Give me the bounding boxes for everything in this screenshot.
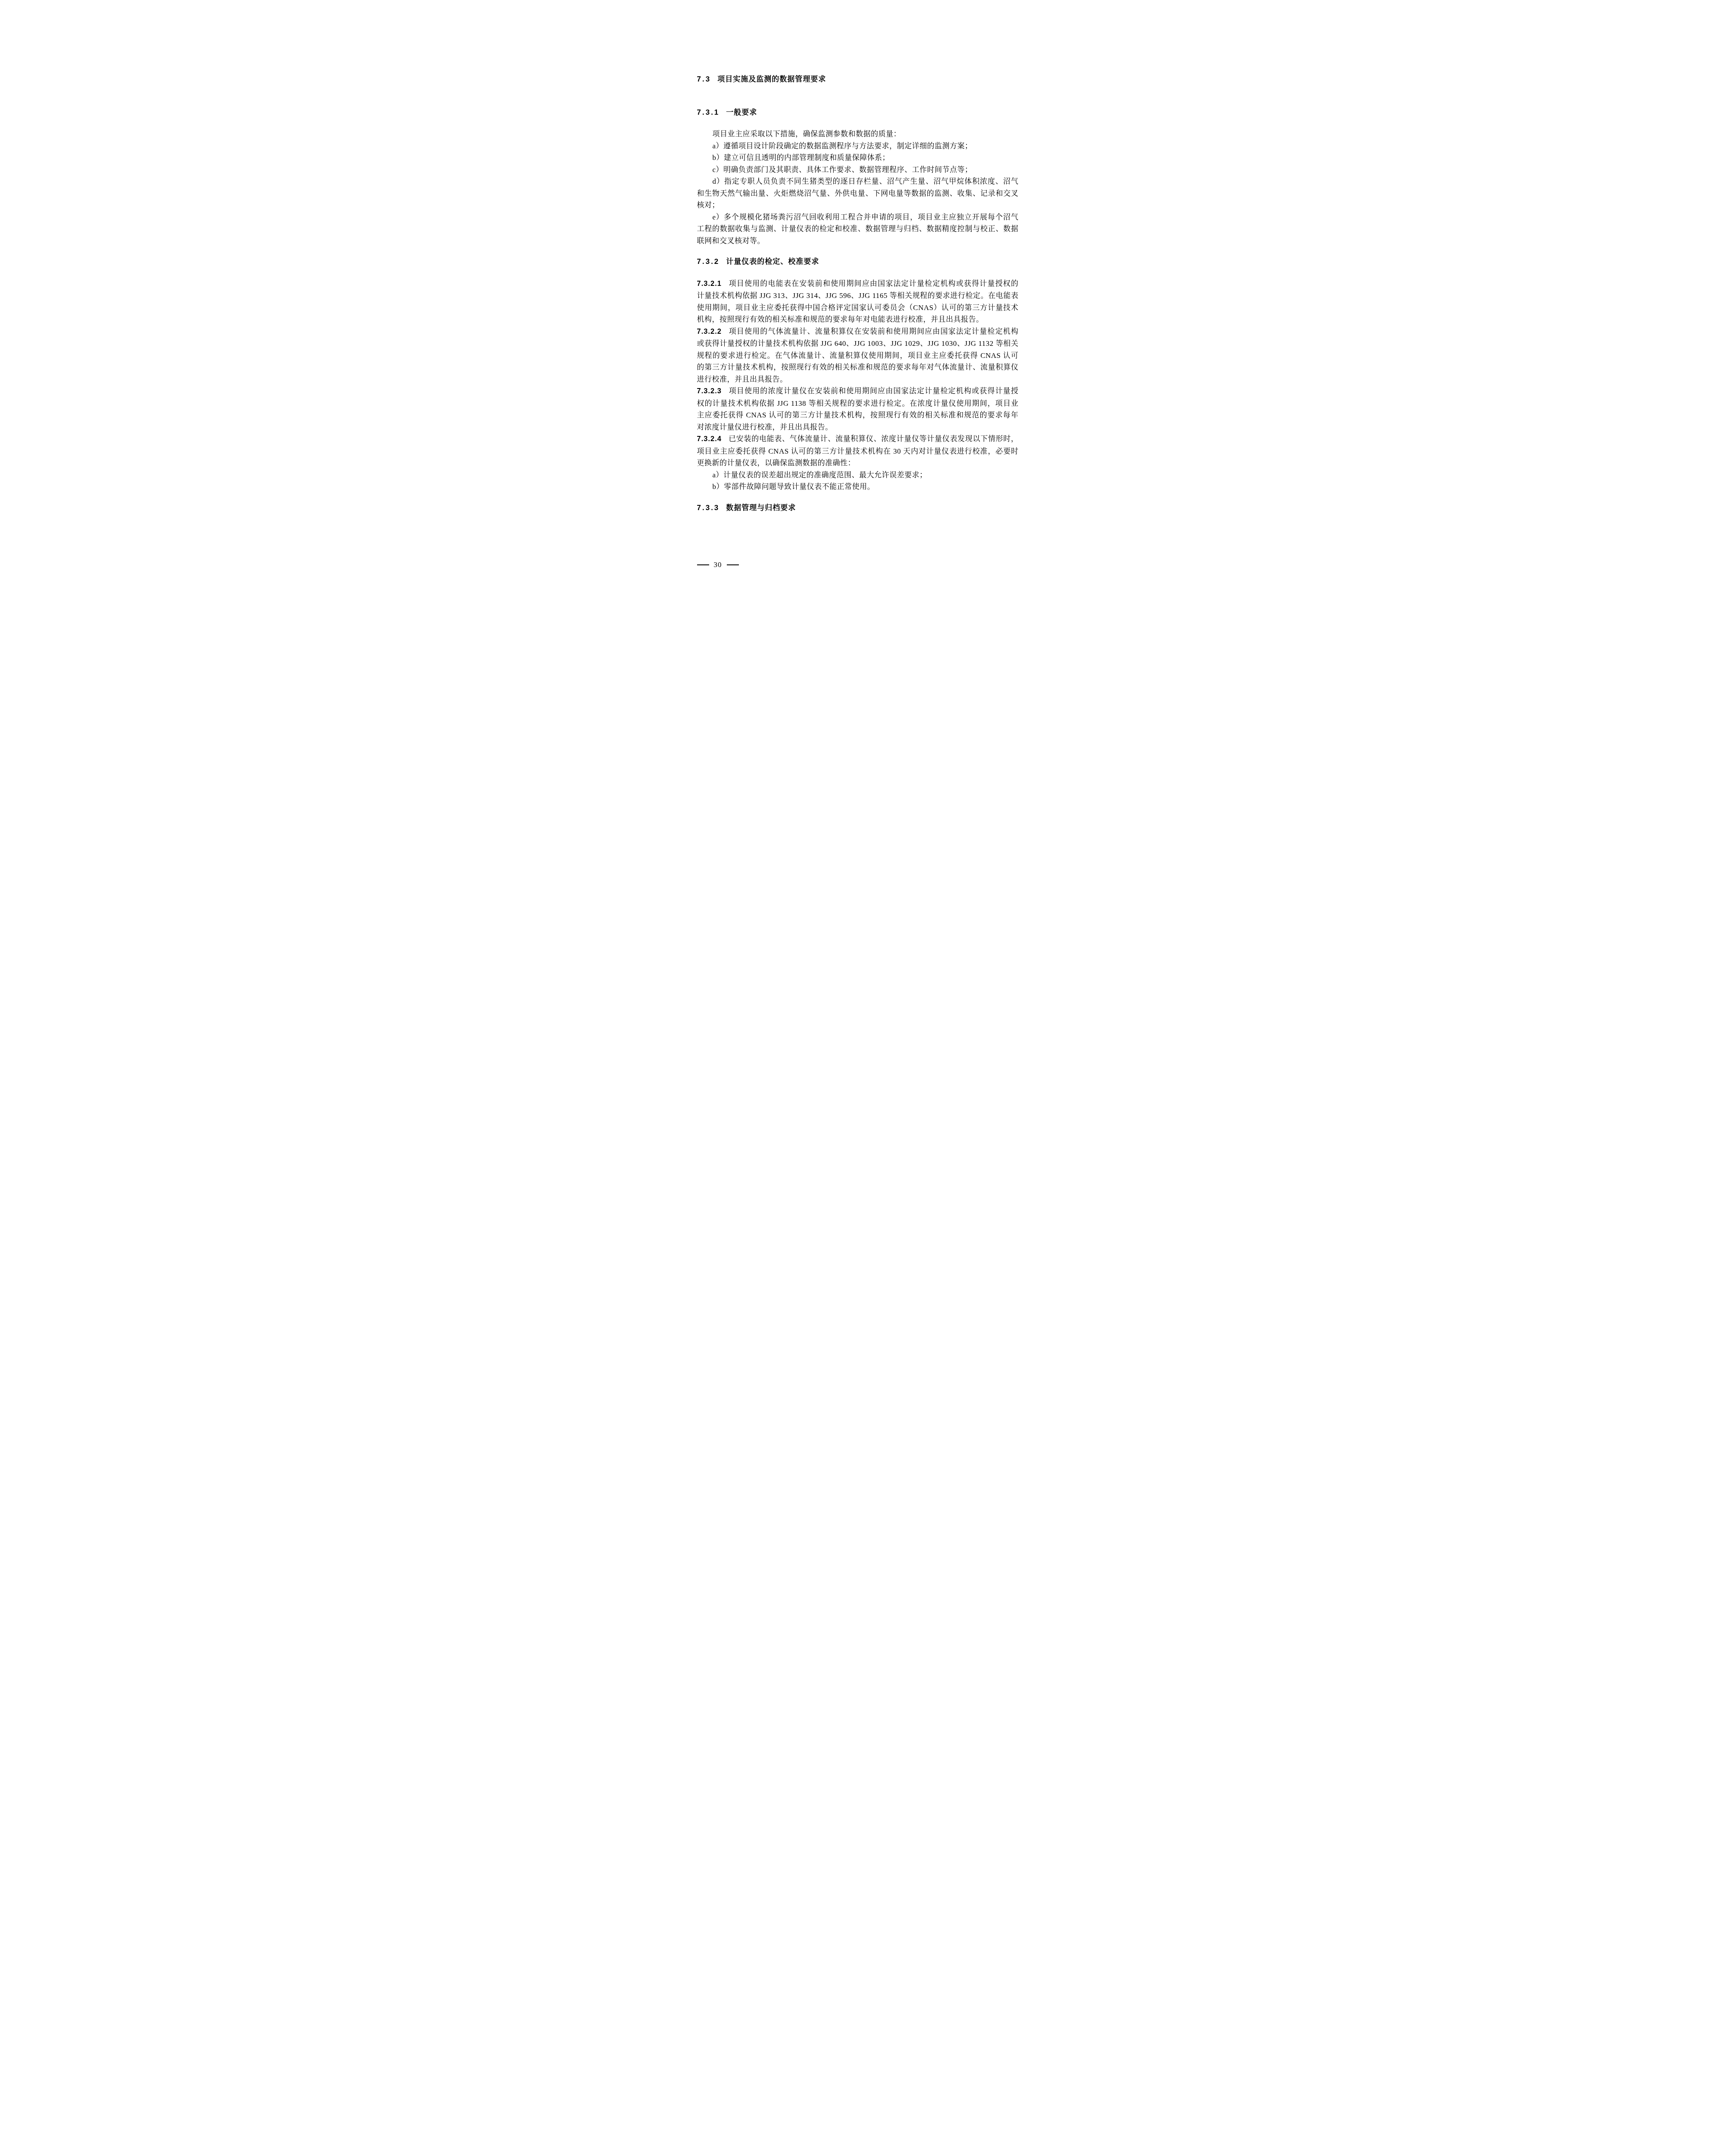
page-number: 30 (714, 561, 722, 569)
text-line: 权的计量技术机构依据 JJG 1138 等相关规程的要求进行检定。在浓度计量仪使… (697, 398, 1019, 410)
text-line-content: 工程的数据收集与监测、计量仪表的检定和校准、数据管理与归档、数据精度控制与校正、… (697, 225, 1019, 233)
text-line: 进行校准，并且出具报告。 (697, 373, 1019, 385)
text-line: 规程的要求进行检定。在气体流量计、流量积算仪使用期间，项目业主应委托获得 CNA… (697, 350, 1019, 362)
text-line-content: 权的计量技术机构依据 JJG 1138 等相关规程的要求进行检定。在浓度计量仪使… (697, 399, 1019, 407)
text-line-content: c）明确负责部门及其职责、具体工作要求、数据管理程序、工作时间节点等； (713, 166, 973, 174)
text-line-content: 和生物天然气输出量、火炬燃烧沼气量、外供电量、下网电量等数据的监测、收集、记录和… (697, 189, 1019, 197)
text-line-content: 项目使用的气体流量计、流量积算仪在安装前和使用期间应由国家法定计量检定机构 (729, 327, 1019, 335)
clause-number: 7.3.2.3 (697, 387, 722, 395)
text-line: 联网和交叉核对等。 (697, 235, 1019, 247)
text-line-content: b）零部件故障问题导致计量仪表不能正常使用。 (713, 483, 875, 491)
text-line: 7.3.2.3项目使用的浓度计量仪在安装前和使用期间应由国家法定计量检定机构或获… (697, 385, 1019, 398)
text-line-content: 或获得计量授权的计量技术机构依据 JJG 640、JJG 1003、JJG 10… (697, 339, 1019, 348)
text-line: b）建立可信且透明的内部管理制度和质量保障体系； (697, 152, 1019, 164)
section-number: 7.3.3 (697, 504, 720, 512)
clause-number: 7.3.2.4 (697, 435, 722, 443)
text-line: c）明确负责部门及其职责、具体工作要求、数据管理程序、工作时间节点等； (697, 164, 1019, 176)
text-line: 使用期间，项目业主应委托获得中国合格评定国家认可委员会（CNAS）认可的第三方计… (697, 302, 1019, 314)
text-line: 的第三方计量技术机构，按照现行有效的相关标准和规范的要求每年对气体流量计、流量积… (697, 361, 1019, 373)
text-line-content: 机构，按照现行有效的相关标准和规范的要求每年对电能表进行校准，并且出具报告。 (697, 315, 984, 323)
text-line: 项目业主应委托获得 CNAS 认可的第三方计量技术机构在 30 天内对计量仪表进… (697, 445, 1019, 458)
document-body: 7.3项目实施及监测的数据管理要求7.3.1一般要求项目业主应采取以下措施，确保… (642, 0, 1070, 514)
section-title: 数据管理与归档要求 (726, 504, 796, 512)
footer-dash-left (697, 564, 709, 566)
text-line: 或获得计量授权的计量技术机构依据 JJG 640、JJG 1003、JJG 10… (697, 338, 1019, 350)
text-line: d）指定专职人员负责不同生猪类型的逐日存栏量、沼气产生量、沼气甲烷体积浓度、沼气 (697, 175, 1019, 188)
text-line: 和生物天然气输出量、火炬燃烧沼气量、外供电量、下网电量等数据的监测、收集、记录和… (697, 188, 1019, 200)
text-line: 项目业主应采取以下措施，确保监测参数和数据的质量： (697, 128, 1019, 140)
text-line-content: 更换新的计量仪表，以确保监测数据的准确性： (697, 459, 856, 467)
text-line-content: 计量技术机构依据 JJG 313、JJG 314、JJG 596、JJG 116… (697, 291, 1019, 300)
text-line: 工程的数据收集与监测、计量仪表的检定和校准、数据管理与归档、数据精度控制与校正、… (697, 223, 1019, 235)
text-line-content: 核对； (697, 201, 720, 209)
text-line-content: d）指定专职人员负责不同生猪类型的逐日存栏量、沼气产生量、沼气甲烷体积浓度、沼气 (713, 177, 1019, 185)
text-line: a）遵循项目设计阶段确定的数据监测程序与方法要求，制定详细的监测方案； (697, 140, 1019, 152)
section-number: 7.3 (697, 75, 711, 83)
document-page: 7.3项目实施及监测的数据管理要求7.3.1一般要求项目业主应采取以下措施，确保… (642, 0, 1070, 605)
text-line-content: 主应委托获得 CNAS 认可的第三方计量技术机构，按照现行有效的相关标准和规范的… (697, 411, 1019, 419)
text-line-content: 进行校准，并且出具报告。 (697, 375, 788, 383)
section-heading: 7.3.2计量仪表的检定、校准要求 (697, 256, 1019, 268)
section-number: 7.3.2 (697, 257, 720, 266)
text-line-content: 规程的要求进行检定。在气体流量计、流量积算仪使用期间，项目业主应委托获得 CNA… (697, 351, 1019, 360)
section-number: 7.3.1 (697, 108, 720, 116)
text-line: 核对； (697, 199, 1019, 211)
text-line-content: a）计量仪表的误差超出规定的准确度范围、最大允许误差要求； (713, 471, 927, 479)
section-title: 计量仪表的检定、校准要求 (726, 257, 819, 266)
text-line: 7.3.2.1项目使用的电能表在安装前和使用期间应由国家法定计量检定机构或获得计… (697, 278, 1019, 290)
text-line-content: e）多个规模化猪场粪污沼气回收利用工程合并申请的项目，项目业主应独立开展每个沼气 (713, 213, 1019, 221)
text-line-content: 项目使用的电能表在安装前和使用期间应由国家法定计量检定机构或获得计量授权的 (729, 279, 1019, 288)
text-line-content: 项目业主应委托获得 CNAS 认可的第三方计量技术机构在 30 天内对计量仪表进… (697, 447, 1019, 455)
text-line: 7.3.2.2项目使用的气体流量计、流量积算仪在安装前和使用期间应由国家法定计量… (697, 326, 1019, 338)
text-line-content: a）遵循项目设计阶段确定的数据监测程序与方法要求，制定详细的监测方案； (713, 142, 973, 150)
text-line: 机构，按照现行有效的相关标准和规范的要求每年对电能表进行校准，并且出具报告。 (697, 313, 1019, 326)
text-line-content: b）建立可信且透明的内部管理制度和质量保障体系； (713, 154, 890, 162)
text-line: 对浓度计量仪进行校准，并且出具报告。 (697, 421, 1019, 433)
clause-number: 7.3.2.2 (697, 328, 722, 335)
text-line: b）零部件故障问题导致计量仪表不能正常使用。 (697, 481, 1019, 493)
text-line-content: 项目使用的浓度计量仪在安装前和使用期间应由国家法定计量检定机构或获得计量授 (729, 387, 1019, 395)
text-line-content: 联网和交叉核对等。 (697, 237, 765, 245)
text-line: a）计量仪表的误差超出规定的准确度范围、最大允许误差要求； (697, 469, 1019, 481)
section-heading: 7.3.3数据管理与归档要求 (697, 502, 1019, 514)
text-line-content: 对浓度计量仪进行校准，并且出具报告。 (697, 423, 833, 431)
footer-dash-right (727, 564, 739, 566)
clause-number: 7.3.2.1 (697, 280, 722, 288)
section-heading: 7.3项目实施及监测的数据管理要求 (697, 73, 1019, 85)
text-line: 7.3.2.4已安装的电能表、气体流量计、流量积算仪、浓度计量仪等计量仪表发现以… (697, 433, 1019, 445)
text-line-content: 的第三方计量技术机构，按照现行有效的相关标准和规范的要求每年对气体流量计、流量积… (697, 363, 1019, 371)
text-line-content: 使用期间，项目业主应委托获得中国合格评定国家认可委员会（CNAS）认可的第三方计… (697, 304, 1019, 312)
section-title: 一般要求 (726, 108, 757, 116)
text-line: e）多个规模化猪场粪污沼气回收利用工程合并申请的项目，项目业主应独立开展每个沼气 (697, 211, 1019, 223)
text-line: 更换新的计量仪表，以确保监测数据的准确性： (697, 457, 1019, 469)
text-line: 主应委托获得 CNAS 认可的第三方计量技术机构，按照现行有效的相关标准和规范的… (697, 409, 1019, 421)
section-heading: 7.3.1一般要求 (697, 107, 1019, 119)
text-line-content: 项目业主应采取以下措施，确保监测参数和数据的质量： (713, 130, 901, 138)
text-line-content: 已安装的电能表、气体流量计、流量积算仪、浓度计量仪等计量仪表发现以下情形时， (729, 435, 1019, 443)
text-line: 计量技术机构依据 JJG 313、JJG 314、JJG 596、JJG 116… (697, 290, 1019, 302)
page-footer: 30 (697, 561, 739, 569)
section-title: 项目实施及监测的数据管理要求 (717, 75, 826, 83)
